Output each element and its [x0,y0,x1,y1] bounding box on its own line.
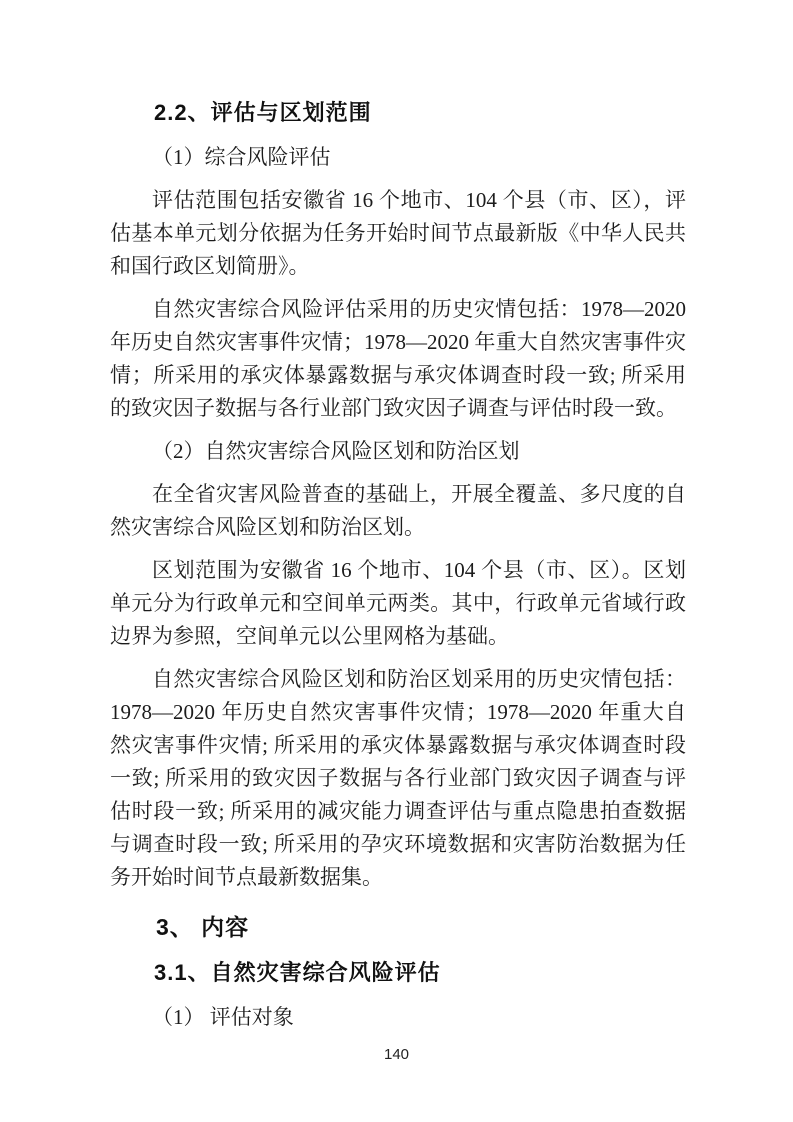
chapter-heading-3: 3、 内容 [110,910,686,944]
paragraph-zoning-historical-data: 自然灾害综合风险区划和防治区划采用的历史灾情包括：1978—2020 年历史自然… [110,663,686,894]
document-page: 2.2、评估与区划范围 （1）综合风险评估 评估范围包括安徽省 16 个地市、1… [0,0,793,1122]
page-number: 140 [0,1046,793,1063]
subheading-zoning-and-prevention: （2）自然灾害综合风险区划和防治区划 [110,435,686,468]
paragraph-assessment-scope: 评估范围包括安徽省 16 个地市、104 个县（市、区），评估基本单元划分依据为… [110,184,686,283]
paragraph-zoning-scope: 区划范围为安徽省 16 个地市、104 个县（市、区）。区划单元分为行政单元和空… [110,554,686,653]
section-heading-2-2: 2.2、评估与区划范围 [110,96,686,129]
section-heading-3-1: 3.1、自然灾害综合风险评估 [110,956,686,989]
subheading-comprehensive-risk-assessment: （1）综合风险评估 [110,141,686,174]
subheading-assessment-target: （1） 评估对象 [110,1001,686,1034]
document-body: 2.2、评估与区划范围 （1）综合风险评估 评估范围包括安徽省 16 个地市、1… [110,96,686,1044]
paragraph-zoning-basis: 在全省灾害风险普查的基础上，开展全覆盖、多尺度的自然灾害综合风险区划和防治区划。 [110,478,686,544]
paragraph-assessment-historical-data: 自然灾害综合风险评估采用的历史灾情包括：1978—2020 年历史自然灾害事件灾… [110,293,686,425]
